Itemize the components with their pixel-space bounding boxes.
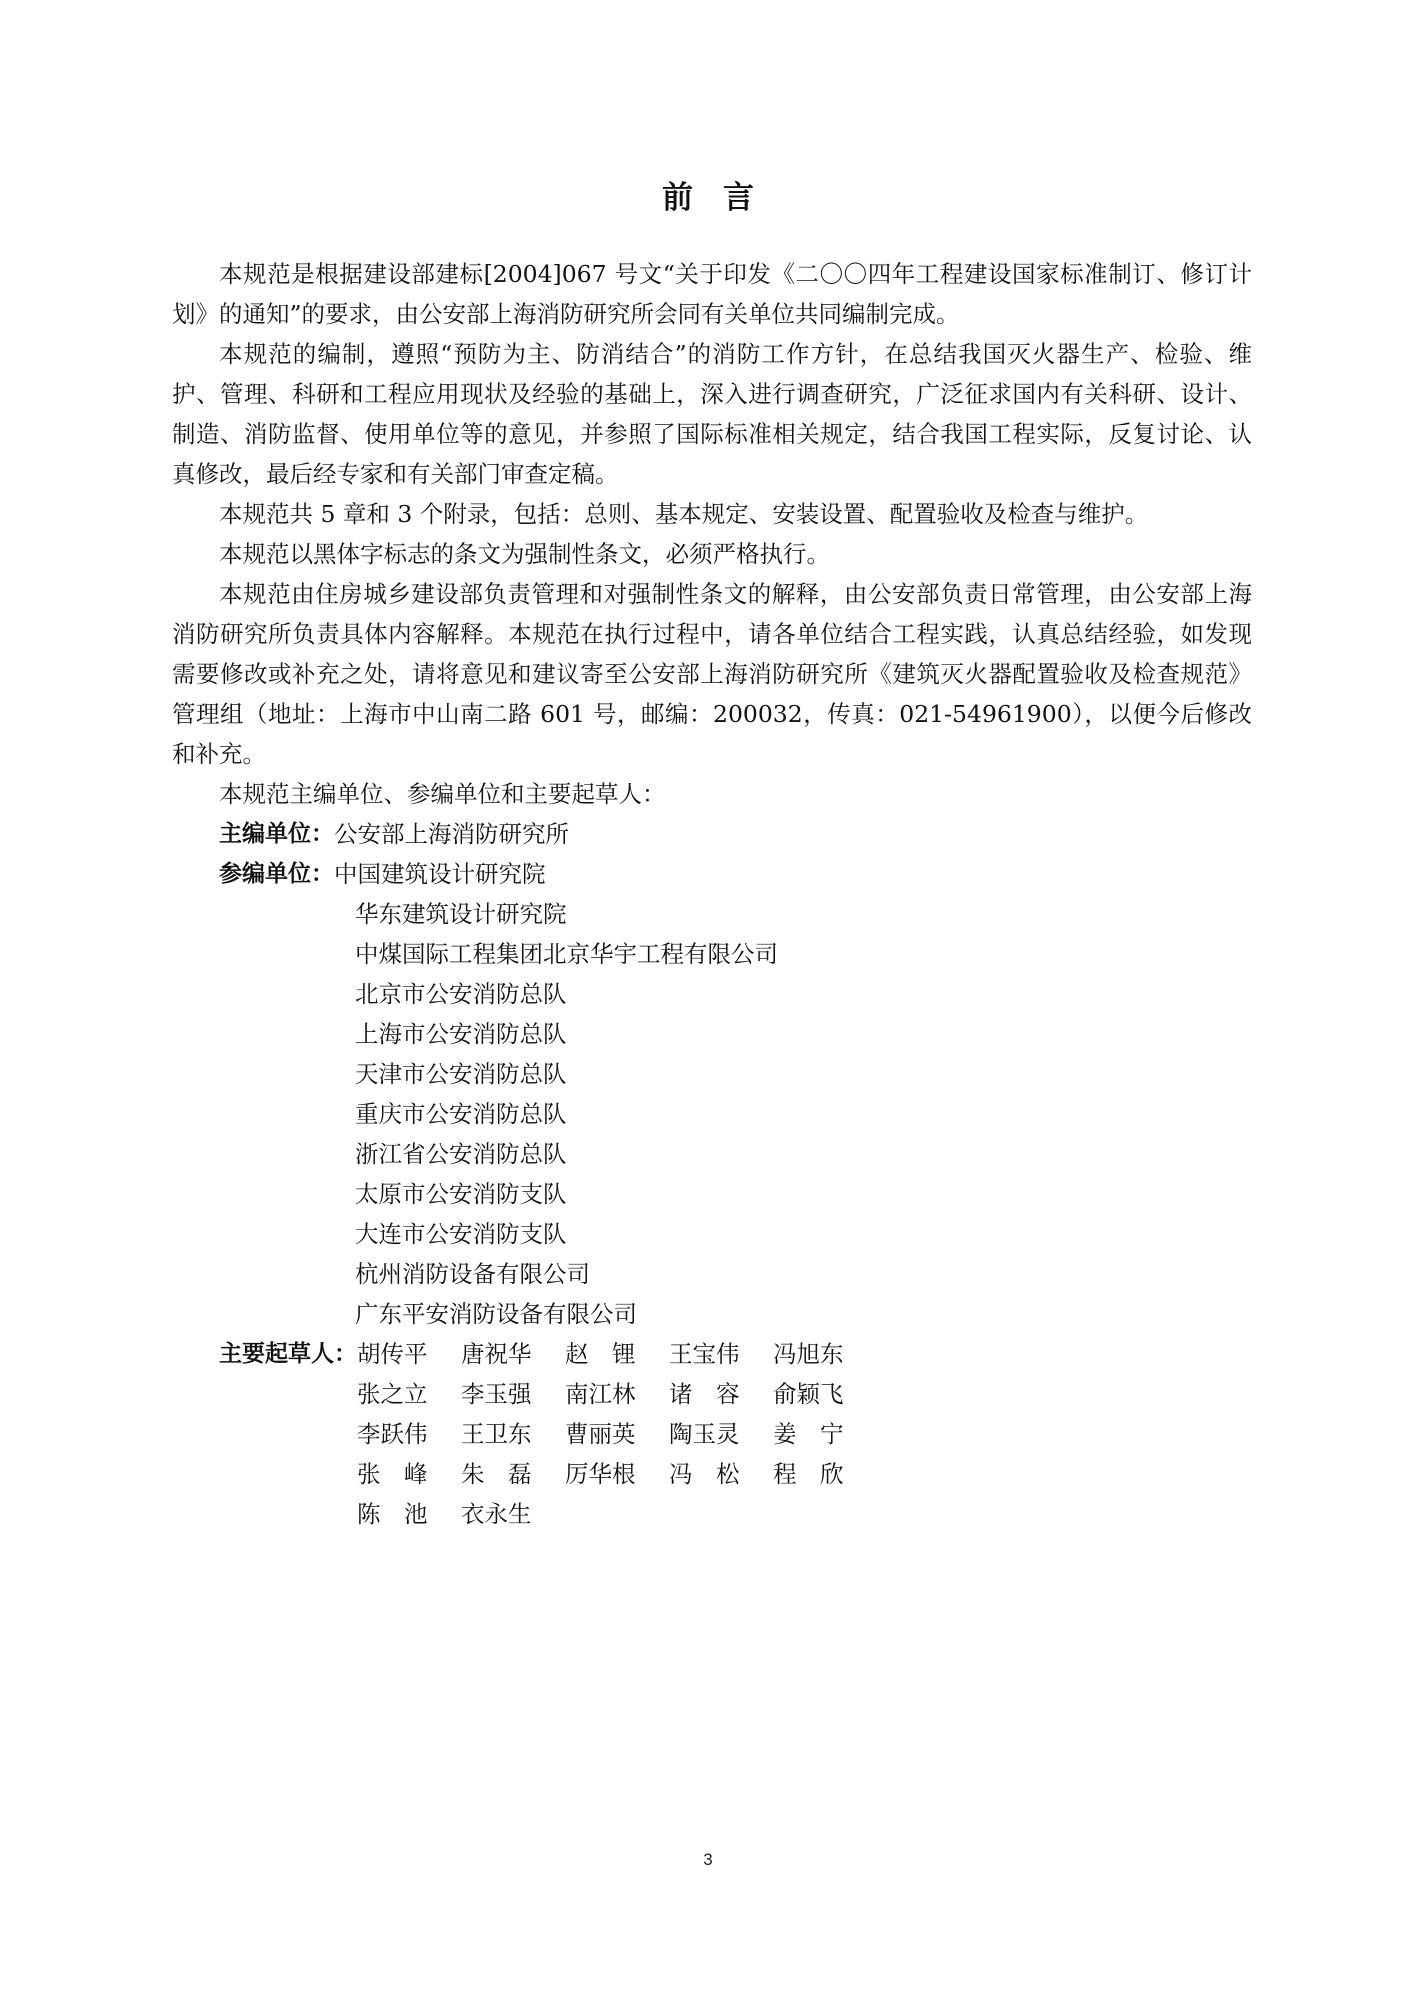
participating-unit: 浙江省公安消防总队	[172, 1134, 1252, 1174]
drafter-name: 俞颖飞	[773, 1374, 877, 1414]
drafter-name: 王宝伟	[669, 1334, 773, 1374]
drafter-name: 衣永生	[461, 1494, 565, 1534]
participating-unit: 大连市公安消防支队	[172, 1214, 1252, 1254]
drafter-name: 胡传平	[357, 1334, 461, 1374]
participating-unit: 广东平安消防设备有限公司	[172, 1294, 1252, 1334]
main-drafters-row: 主要起草人： 胡传平 唐祝华 赵 锂 王宝伟 冯旭东 张之立 李玉强 南江林 诸…	[172, 1334, 1252, 1374]
drafter-name: 南江林	[565, 1374, 669, 1414]
main-drafters-grid: 胡传平 唐祝华 赵 锂 王宝伟 冯旭东 张之立 李玉强 南江林 诸 容 俞颖飞 …	[357, 1334, 877, 1374]
participating-unit: 中煤国际工程集团北京华宇工程有限公司	[172, 934, 1252, 974]
paragraph-structure: 本规范共 5 章和 3 个附录，包括：总则、基本规定、安装设置、配置验收及检查与…	[172, 494, 1252, 534]
drafter-name: 王卫东	[461, 1414, 565, 1454]
drafter-name: 张之立	[357, 1374, 461, 1414]
drafter-name: 冯旭东	[773, 1334, 877, 1374]
main-drafters-label: 主要起草人：	[219, 1334, 357, 1374]
drafter-name: 张 峰	[357, 1454, 461, 1494]
drafter-name: 李玉强	[461, 1374, 565, 1414]
drafter-name: 曹丽英	[565, 1414, 669, 1454]
drafter-name: 诸 容	[669, 1374, 773, 1414]
participating-unit: 中国建筑设计研究院	[334, 854, 546, 894]
participating-units-row: 参编单位： 中国建筑设计研究院	[172, 854, 1252, 894]
chief-unit-label: 主编单位：	[219, 814, 334, 854]
paragraph-basis: 本规范是根据建设部建标[2004]067 号文“关于印发《二〇〇四年工程建设国家…	[172, 254, 1252, 334]
paragraph-management: 本规范由住房城乡建设部负责管理和对强制性条文的解释，由公安部负责日常管理，由公安…	[172, 574, 1252, 774]
drafter-name: 冯 松	[669, 1454, 773, 1494]
paragraph-mandatory: 本规范以黑体字标志的条文为强制性条文，必须严格执行。	[172, 534, 1252, 574]
page-number: 3	[0, 1850, 1416, 1870]
participating-units-label: 参编单位：	[219, 854, 334, 894]
roster: 主编单位： 公安部上海消防研究所 参编单位： 中国建筑设计研究院 华东建筑设计研…	[172, 814, 1252, 1374]
page-title: 前言	[0, 178, 1416, 218]
chief-unit-row: 主编单位： 公安部上海消防研究所	[172, 814, 1252, 854]
drafter-name: 李跃伟	[357, 1414, 461, 1454]
drafter-name: 厉华根	[565, 1454, 669, 1494]
participating-unit: 天津市公安消防总队	[172, 1054, 1252, 1094]
paragraph-compilation: 本规范的编制，遵照“预防为主、防消结合”的消防工作方针，在总结我国灭火器生产、检…	[172, 334, 1252, 494]
participating-unit: 上海市公安消防总队	[172, 1014, 1252, 1054]
chief-unit-value: 公安部上海消防研究所	[334, 814, 569, 854]
paragraph-units-intro: 本规范主编单位、参编单位和主要起草人：	[172, 774, 1252, 814]
drafter-name: 朱 磊	[461, 1454, 565, 1494]
document-page: 前言 本规范是根据建设部建标[2004]067 号文“关于印发《二〇〇四年工程建…	[0, 0, 1416, 2000]
drafter-name: 赵 锂	[565, 1334, 669, 1374]
drafter-name: 陈 池	[357, 1494, 461, 1534]
drafter-name: 唐祝华	[461, 1334, 565, 1374]
participating-unit: 太原市公安消防支队	[172, 1174, 1252, 1214]
drafter-name: 程 欣	[773, 1454, 877, 1494]
drafter-name: 姜 宁	[773, 1414, 877, 1454]
participating-unit: 重庆市公安消防总队	[172, 1094, 1252, 1134]
drafter-name: 陶玉灵	[669, 1414, 773, 1454]
participating-unit: 北京市公安消防总队	[172, 974, 1252, 1014]
document-body: 本规范是根据建设部建标[2004]067 号文“关于印发《二〇〇四年工程建设国家…	[172, 254, 1252, 1374]
participating-unit: 华东建筑设计研究院	[172, 894, 1252, 934]
participating-unit: 杭州消防设备有限公司	[172, 1254, 1252, 1294]
